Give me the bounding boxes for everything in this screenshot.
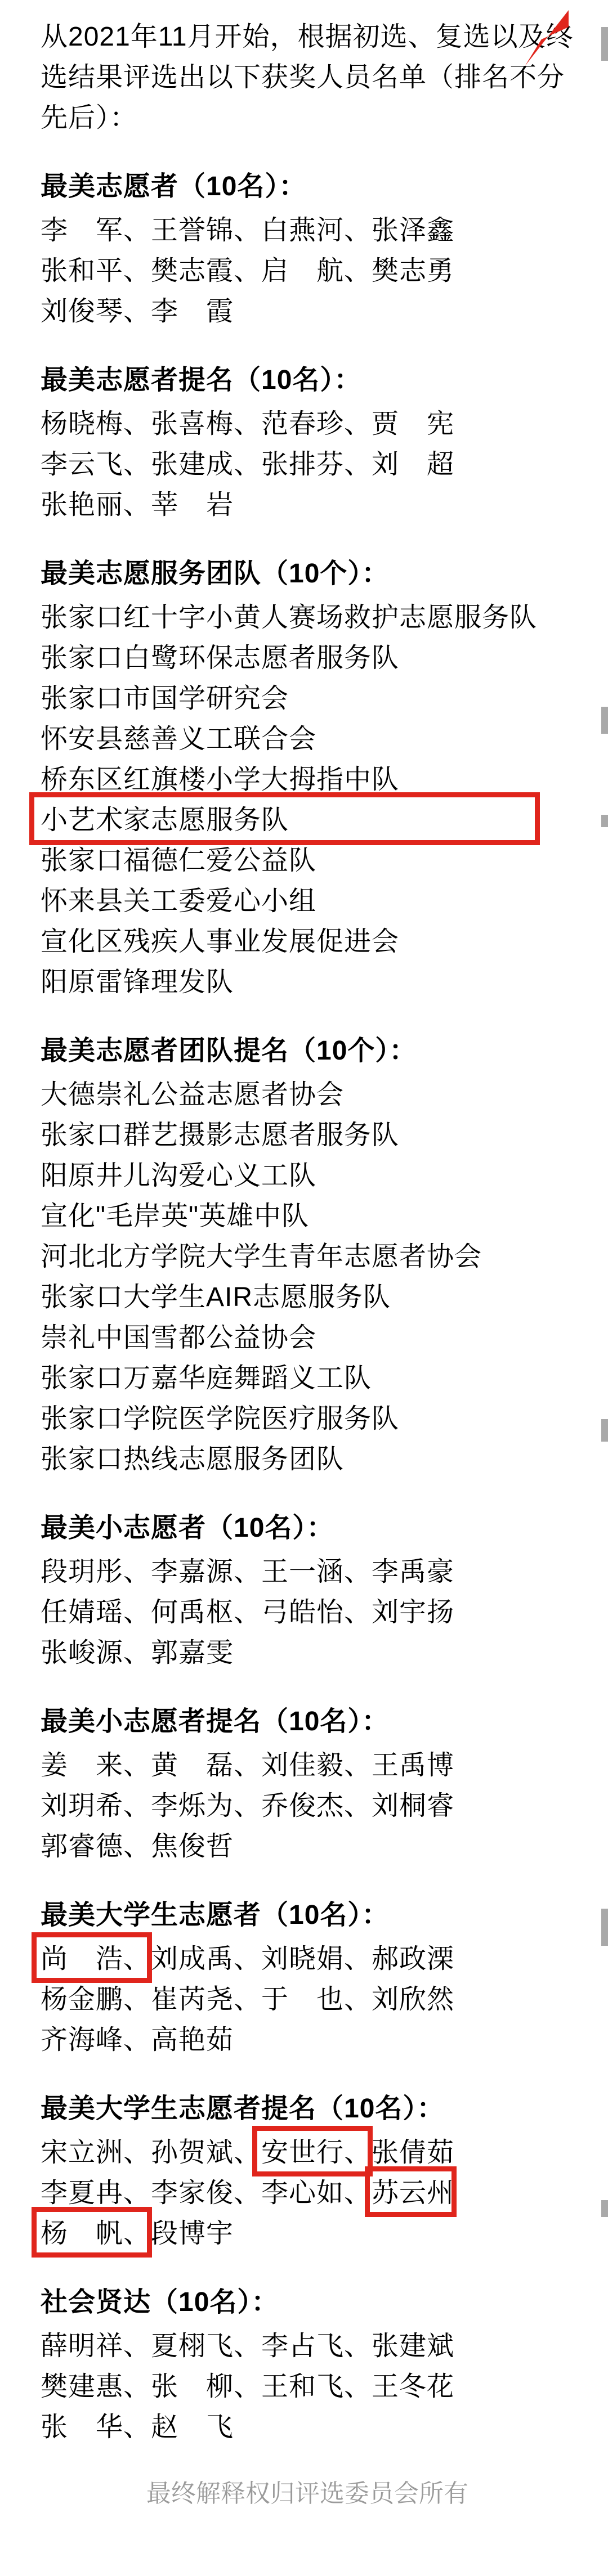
name-list-line: 樊建惠、张 柳、王和飞、王冬花 [41, 2367, 574, 2407]
name-list-line: 桥东区红旗楼小学大拇指中队 [41, 760, 574, 800]
name-list-line: 姜 来、黄 磊、刘佳毅、王禹博 [41, 1745, 574, 1786]
scrollbar-thumb[interactable] [601, 2200, 608, 2217]
intro-paragraph: 从2021年11月开始，根据初选、复选以及终 选结果评选出以下获奖人员名单（排名… [41, 17, 574, 138]
name-list-line: 张峻源、郭嘉雯 [41, 1633, 574, 1673]
name-list-line: 李云飞、张建成、张排芬、刘 超 [41, 445, 574, 485]
award-section: 最美小志愿者提名（10名）：姜 来、黄 磊、刘佳毅、王禹博刘玥希、李烁为、乔俊杰… [41, 1702, 574, 1867]
scrollbar-thumb[interactable] [601, 27, 608, 61]
name-text: 张峻源、郭嘉雯 [41, 1638, 234, 1668]
award-section: 最美大学生志愿者（10名）：尚 浩、刘成禹、刘晓娟、郝政溧杨金鹏、崔芮尧、于 也… [41, 1895, 574, 2061]
footer-disclaimer: 最终解释权归评选委员会所有 [41, 2474, 574, 2514]
name-text: 张家口福德仁爱公益队 [41, 846, 316, 876]
name-list-line: 张家口群艺摄影志愿者服务队 [41, 1115, 574, 1156]
name-text: 张和平、樊志霞、启 航、樊志勇 [41, 256, 454, 286]
article-content: 从2021年11月开始，根据初选、复选以及终 选结果评选出以下获奖人员名单（排名… [0, 0, 608, 2514]
name-list-line: 阳原井儿沟爱心义工队 [41, 1156, 574, 1196]
section-heading: 最美志愿服务团队（10个）： [41, 554, 574, 594]
name-list-line: 张 华、赵 飞 [41, 2407, 574, 2448]
name-text: 张 华、赵 飞 [41, 2412, 234, 2442]
name-text: 薛明祥、夏栩飞、李占飞、张建斌 [41, 2331, 454, 2361]
name-text: 齐海峰、高艳茹 [41, 2025, 234, 2055]
name-list-line: 张艳丽、莘 岩 [41, 485, 574, 526]
award-section: 最美志愿者团队提名（10个）：大德崇礼公益志愿者协会张家口群艺摄影志愿者服务队阳… [41, 1031, 574, 1480]
name-list-line: 刘俊琴、李 霞 [41, 291, 574, 332]
name-list-line: 李夏冉、李家俊、李心如、苏云州 [41, 2173, 574, 2214]
name-list-line: 段玥彤、李嘉源、王一涵、李禹豪 [41, 1552, 574, 1592]
name-text: 张家口白鹭环保志愿者服务队 [41, 643, 399, 673]
award-section: 社会贤达（10名）：薛明祥、夏栩飞、李占飞、张建斌樊建惠、张 柳、王和飞、王冬花… [41, 2282, 574, 2448]
name-list-line: 刘玥希、李烁为、乔俊杰、刘桐睿 [41, 1786, 574, 1826]
award-section: 最美志愿服务团队（10个）：张家口红十字小黄人赛场救护志愿服务队张家口白鹭环保志… [41, 554, 574, 1003]
name-list-line: 崇礼中国雪都公益协会 [41, 1318, 574, 1358]
scrollbar-thumb[interactable] [601, 1419, 608, 1442]
name-text: 张家口群艺摄影志愿者服务队 [41, 1120, 399, 1150]
award-section: 最美志愿者（10名）：李 军、王誉锦、白燕河、张泽鑫张和平、樊志霞、启 航、樊志… [41, 167, 574, 332]
name-list-line: 张家口学院医学院医疗服务队 [41, 1399, 574, 1439]
section-heading: 最美小志愿者提名（10名）： [41, 1702, 574, 1742]
name-list-line: 杨 帆、段博宇 [41, 2214, 574, 2254]
name-text: 阳原井儿沟爱心义工队 [41, 1161, 316, 1191]
name-text: 张家口大学生AIR志愿服务队 [41, 1282, 391, 1312]
name-text: 桥东区红旗楼小学大拇指中队 [41, 765, 399, 795]
name-list-line: 张和平、樊志霞、启 航、樊志勇 [41, 251, 574, 291]
name-text: 宣化"毛岸英"英雄中队 [41, 1201, 309, 1231]
name-text: 段玥彤、李嘉源、王一涵、李禹豪 [41, 1557, 454, 1587]
name-text: 张家口万嘉华庭舞蹈义工队 [41, 1363, 372, 1393]
name-list-line: 张家口热线志愿服务团队 [41, 1439, 574, 1480]
red-box-highlight: 尚 浩、 [41, 1939, 151, 1980]
award-sections: 最美志愿者（10名）：李 军、王誉锦、白燕河、张泽鑫张和平、樊志霞、启 航、樊志… [41, 167, 574, 2448]
intro-line: 从2021年11月开始，根据初选、复选以及终 [41, 17, 574, 57]
scrollbar-thumb[interactable] [601, 707, 608, 734]
name-text: 宋立洲、孙贺斌、 [41, 2138, 261, 2167]
name-text: 姜 来、黄 磊、刘佳毅、王禹博 [41, 1751, 454, 1780]
name-text: 张艳丽、莘 岩 [41, 490, 234, 520]
name-list-line: 李 军、王誉锦、白燕河、张泽鑫 [41, 210, 574, 251]
red-box-highlight: 小艺术家志愿服务队 [41, 800, 289, 841]
name-list-line: 怀来县关工委爱心小组 [41, 881, 574, 922]
name-text: 张家口热线志愿服务团队 [41, 1444, 344, 1474]
intro-line: 选结果评选出以下获奖人员名单（排名不分 [41, 57, 574, 98]
name-text: 怀安县慈善义工联合会 [41, 724, 316, 754]
name-list-line: 齐海峰、高艳茹 [41, 2020, 574, 2061]
name-text: 阳原雷锋理发队 [41, 967, 234, 997]
name-list-line: 阳原雷锋理发队 [41, 962, 574, 1003]
award-section: 最美志愿者提名（10名）：杨晓梅、张喜梅、范春珍、贾 宪李云飞、张建成、张排芬、… [41, 360, 574, 526]
name-text: 张倩茹 [372, 2138, 454, 2167]
name-text: 张家口学院医学院医疗服务队 [41, 1404, 399, 1434]
scrollbar-thumb[interactable] [601, 815, 608, 827]
name-list-line: 张家口市国学研究会 [41, 679, 574, 719]
name-list-line: 张家口大学生AIR志愿服务队 [41, 1277, 574, 1318]
intro-line: 先后）： [41, 98, 574, 138]
section-heading: 社会贤达（10名）： [41, 2282, 574, 2323]
section-heading: 最美大学生志愿者（10名）： [41, 1895, 574, 1936]
name-text: 任婧瑶、何禹枢、弓皓怡、刘宇扬 [41, 1597, 454, 1627]
section-heading: 最美志愿者团队提名（10个）： [41, 1031, 574, 1071]
name-list-line: 张家口福德仁爱公益队 [41, 841, 574, 881]
name-text: 刘玥希、李烁为、乔俊杰、刘桐睿 [41, 1791, 454, 1821]
name-text: 杨晓梅、张喜梅、范春珍、贾 宪 [41, 409, 454, 439]
name-text: 怀来县关工委爱心小组 [41, 886, 316, 916]
name-text: 张家口红十字小黄人赛场救护志愿服务队 [41, 603, 537, 632]
name-text: 崇礼中国雪都公益协会 [41, 1323, 316, 1353]
name-text: 刘俊琴、李 霞 [41, 297, 234, 326]
section-heading: 最美大学生志愿者提名（10名）： [41, 2089, 574, 2129]
name-list-line: 张家口万嘉华庭舞蹈义工队 [41, 1358, 574, 1399]
name-list-line: 张家口白鹭环保志愿者服务队 [41, 638, 574, 679]
name-text: 大德崇礼公益志愿者协会 [41, 1080, 344, 1110]
name-text: 杨金鹏、崔芮尧、于 也、刘欣然 [41, 1985, 454, 2014]
name-list-line: 任婧瑶、何禹枢、弓皓怡、刘宇扬 [41, 1592, 574, 1633]
award-section: 最美小志愿者（10名）：段玥彤、李嘉源、王一涵、李禹豪任婧瑶、何禹枢、弓皓怡、刘… [41, 1508, 574, 1673]
name-list-line: 河北北方学院大学生青年志愿者协会 [41, 1237, 574, 1277]
name-text: 河北北方学院大学生青年志愿者协会 [41, 1242, 482, 1272]
name-list-line: 宣化"毛岸英"英雄中队 [41, 1196, 574, 1237]
red-box-highlight: 苏云州 [372, 2173, 454, 2214]
red-box-highlight: 安世行、 [261, 2133, 372, 2173]
section-heading: 最美志愿者提名（10名）： [41, 360, 574, 401]
section-heading: 最美志愿者（10名）： [41, 167, 574, 207]
name-list-line: 怀安县慈善义工联合会 [41, 719, 574, 760]
scrollbar-thumb[interactable] [601, 1909, 608, 1946]
name-list-line: 尚 浩、刘成禹、刘晓娟、郝政溧 [41, 1939, 574, 1980]
name-text: 张家口市国学研究会 [41, 684, 289, 713]
name-list-line: 小艺术家志愿服务队 [41, 800, 574, 841]
award-section: 最美大学生志愿者提名（10名）：宋立洲、孙贺斌、安世行、张倩茹李夏冉、李家俊、李… [41, 2089, 574, 2254]
name-text: 段博宇 [151, 2219, 234, 2249]
name-list-line: 宋立洲、孙贺斌、安世行、张倩茹 [41, 2133, 574, 2173]
name-text: 宣化区残疾人事业发展促进会 [41, 927, 399, 957]
name-list-line: 郭睿德、焦俊哲 [41, 1826, 574, 1867]
name-list-line: 薛明祥、夏栩飞、李占飞、张建斌 [41, 2326, 574, 2367]
name-list-line: 宣化区残疾人事业发展促进会 [41, 922, 574, 962]
name-list-line: 杨金鹏、崔芮尧、于 也、刘欣然 [41, 1980, 574, 2020]
section-heading: 最美小志愿者（10名）： [41, 1508, 574, 1549]
name-text: 李云飞、张建成、张排芬、刘 超 [41, 450, 454, 479]
name-text: 李 军、王誉锦、白燕河、张泽鑫 [41, 216, 454, 245]
name-list-line: 大德崇礼公益志愿者协会 [41, 1075, 574, 1115]
name-list-line: 杨晓梅、张喜梅、范春珍、贾 宪 [41, 404, 574, 445]
red-box-highlight: 杨 帆、 [41, 2214, 151, 2254]
name-text: 樊建惠、张 柳、王和飞、王冬花 [41, 2372, 454, 2402]
name-text: 郭睿德、焦俊哲 [41, 1832, 234, 1861]
name-list-line: 张家口红十字小黄人赛场救护志愿服务队 [41, 598, 574, 638]
name-text: 刘成禹、刘晓娟、郝政溧 [151, 1944, 454, 1974]
name-text: 李夏冉、李家俊、李心如、 [41, 2178, 372, 2208]
article-page: 从2021年11月开始，根据初选、复选以及终 选结果评选出以下获奖人员名单（排名… [0, 0, 608, 2576]
